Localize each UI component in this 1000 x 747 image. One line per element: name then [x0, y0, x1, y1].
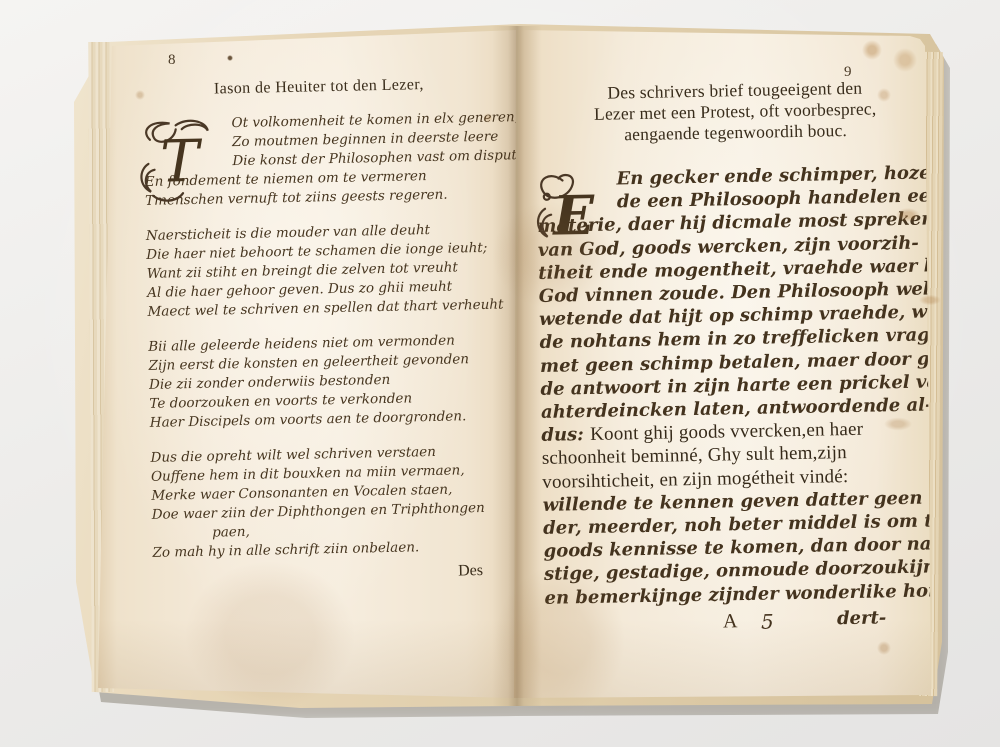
right-page-body: E En gecker ende schimper, hozen- de een…	[536, 161, 944, 609]
signature-number: 5	[761, 609, 774, 633]
stanza-2: Naersticheit is die mouder van alle deuh…	[146, 220, 500, 322]
right-page-text-block: Des schrivers brief tougeeigent den Leze…	[534, 42, 945, 649]
catchword-left: Des	[153, 562, 505, 587]
right-page-heading: Des schrivers brief tougeeigent den Leze…	[535, 76, 936, 147]
photograph-background: 8 Iason de Heuiter tot den Lezer, T Ot v…	[0, 0, 1000, 747]
catchword-right: dert-	[837, 607, 887, 629]
drop-cap-letter: E	[551, 183, 596, 248]
drop-cap-flourish	[141, 164, 155, 192]
left-page-text-block: Iason de Heuiter tot den Lezer, T Ot vol…	[142, 41, 505, 587]
left-page: 8 Iason de Heuiter tot den Lezer, T Ot v…	[96, 28, 516, 700]
body-line-civilite-lead: dus:	[541, 424, 584, 446]
drop-cap-initial-E: E	[532, 170, 612, 255]
stanza-3: Bii alle geleerde heidens niet om vermon…	[148, 331, 502, 433]
stanza-1: T Ot volkomenheit te komen in elx genere…	[143, 109, 497, 211]
drop-cap-initial-T: T	[135, 114, 223, 204]
drop-cap-flourish	[538, 209, 552, 237]
signature-letter: A	[723, 610, 738, 633]
stanza-4: Dus die opreht wilt wel schriven verstae…	[150, 442, 504, 563]
left-page-heading: Iason de Heuiter tot den Lezer,	[142, 41, 495, 100]
right-page: 9 Des schrivers brief tougeeigent den Le…	[514, 28, 936, 700]
drop-cap-letter: T	[160, 127, 204, 196]
signature-row: A 5 dert-	[545, 602, 946, 650]
